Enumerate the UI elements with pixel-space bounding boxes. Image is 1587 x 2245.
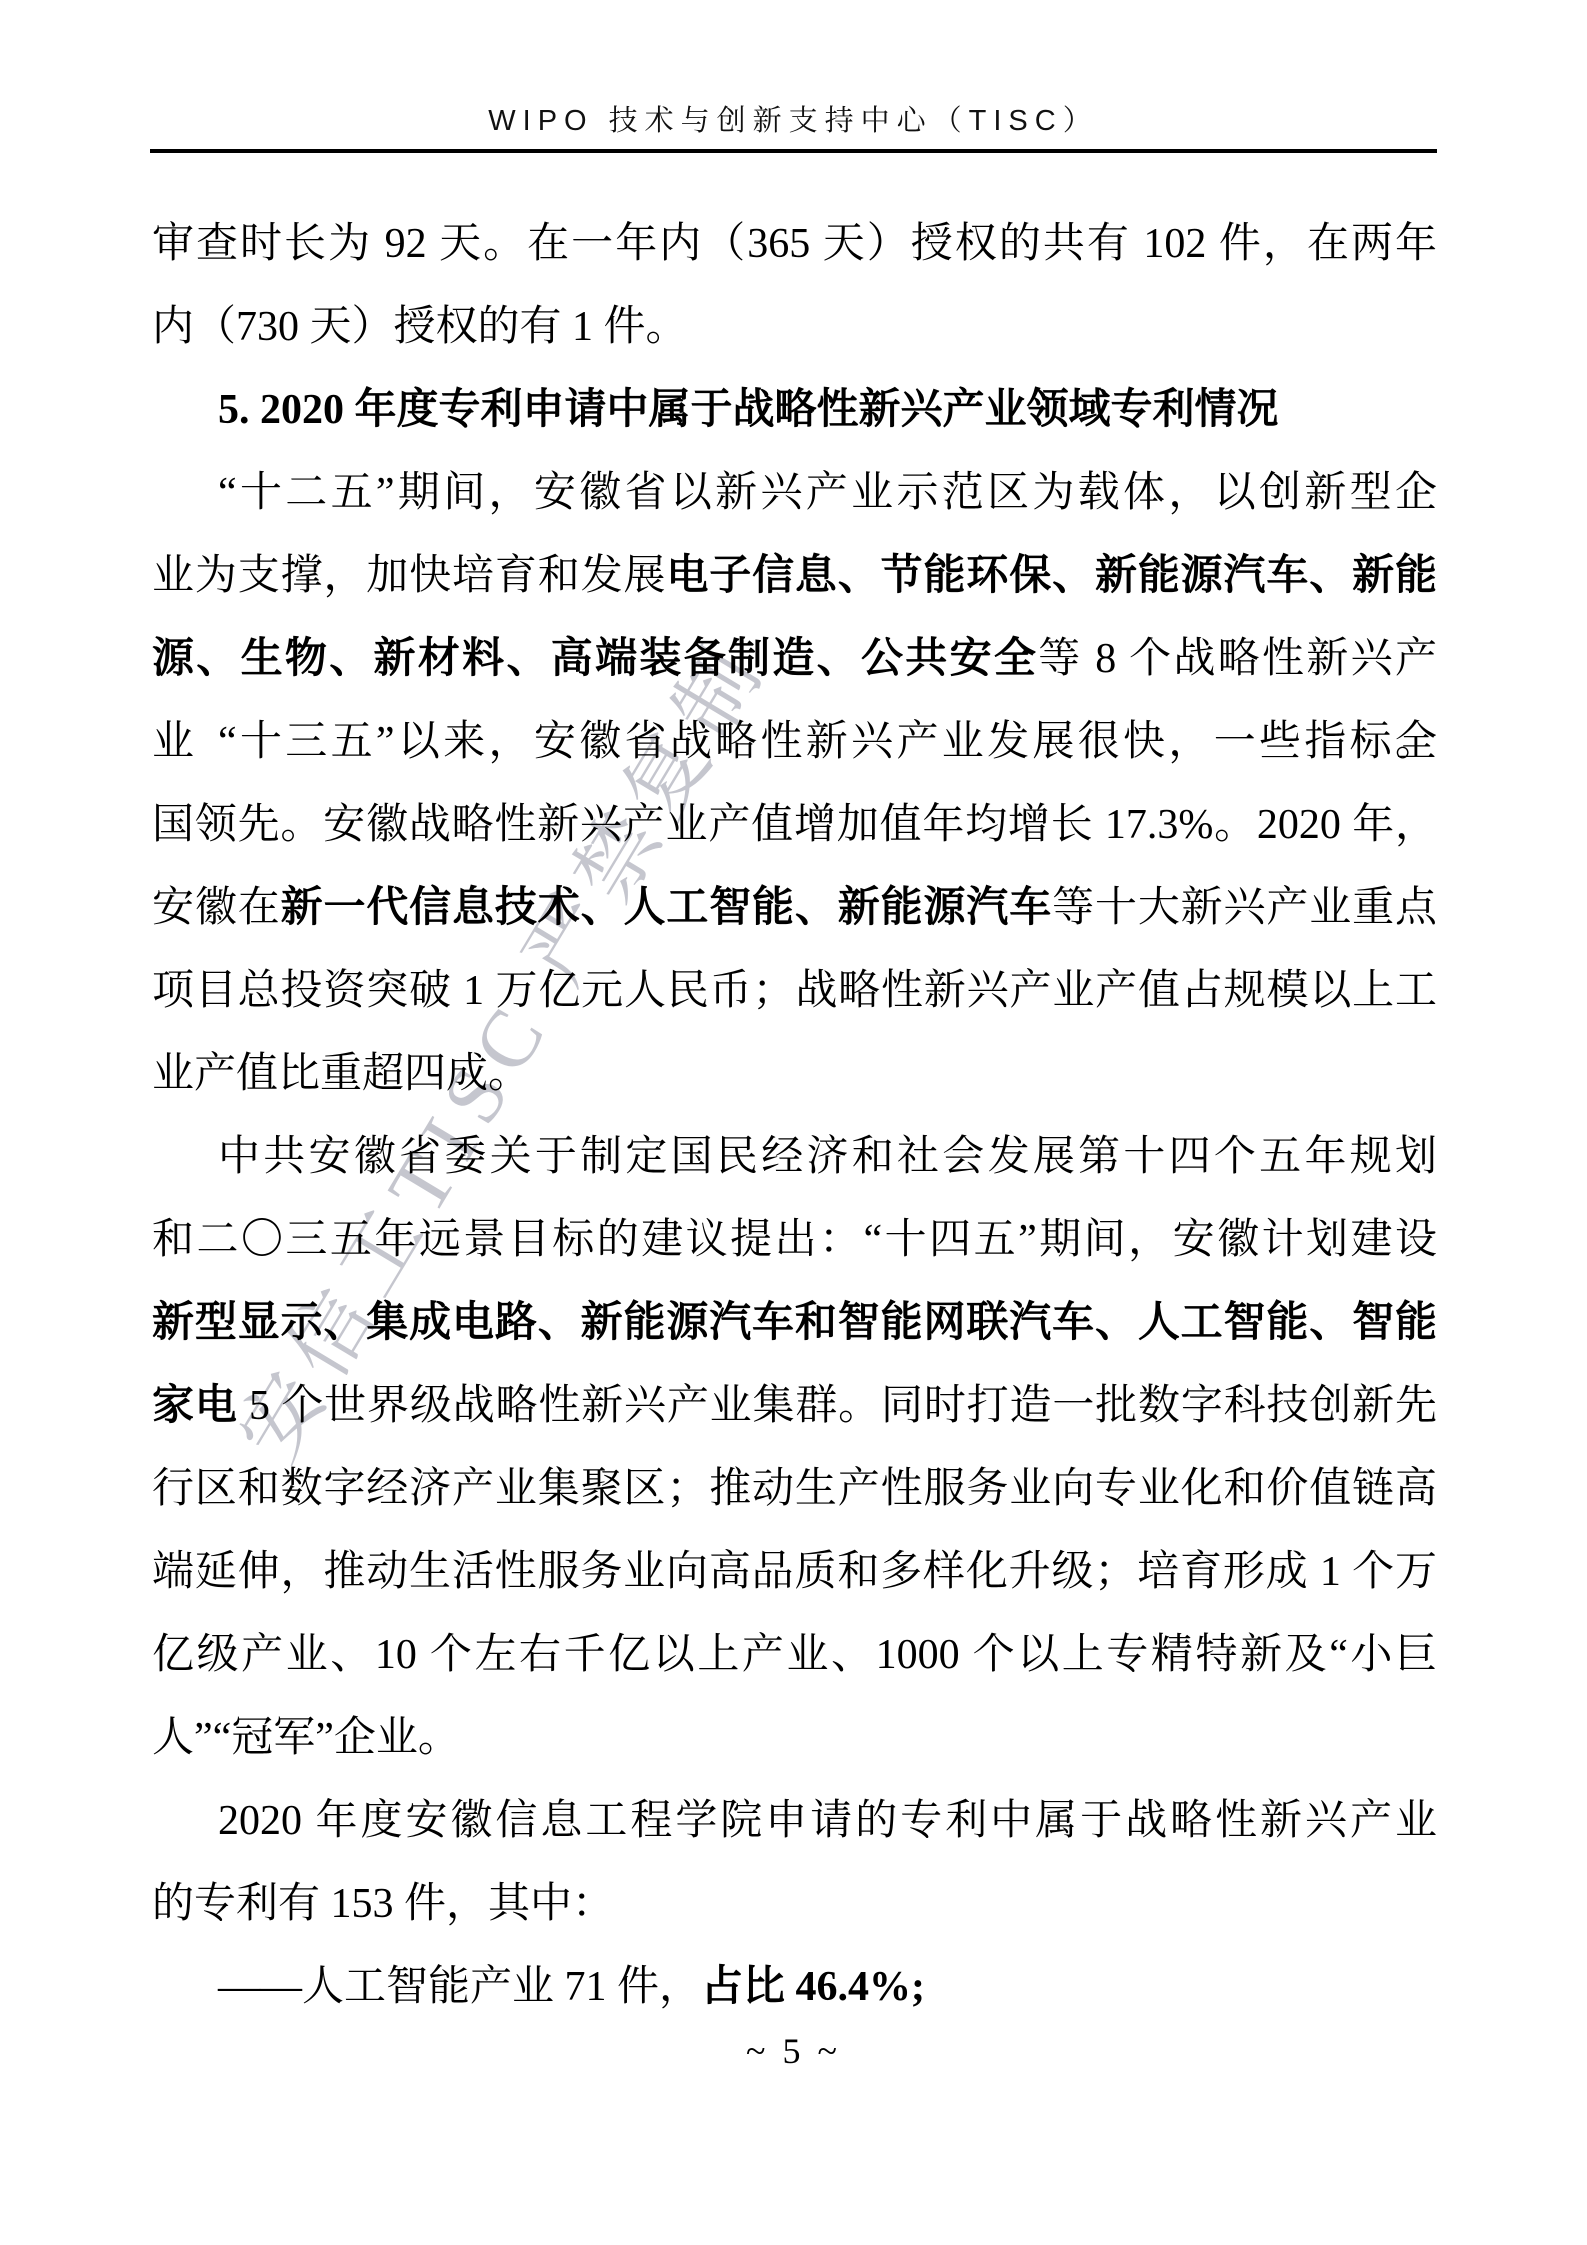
text-segment: 等十大新兴产业重点 [1052, 885, 1437, 931]
text-line: 和二〇三五年远景目标的建议提出：“十四五”期间，安徽计划建设 [152, 1199, 1437, 1282]
text-line: “十二五”期间，安徽省以新兴产业示范区为载体，以创新型企 [152, 452, 1437, 535]
text-line: 审查时长为 92 天。在一年内（365 天）授权的共有 102 件，在两年 [152, 203, 1437, 286]
text-segment: 业为支撑，加快培育和发展 [152, 553, 666, 599]
text-segment: 内（730 天）授权的有 1 件。 [152, 304, 688, 350]
text-segment: 新型显示、集成电路、新能源汽车和智能网联汽车、人工智能、智能 [152, 1300, 1437, 1346]
text-segment: “十三五”以来，安徽省战略性新兴产业发展很快，一些指标全 [218, 719, 1437, 765]
text-line: 中共安徽省委关于制定国民经济和社会发展第十四个五年规划 [152, 1116, 1437, 1199]
text-line: 端延伸，推动生活性服务业向高品质和多样化升级；培育形成 1 个万 [152, 1531, 1437, 1614]
text-segment: 电子信息、节能环保、新能源汽车、新能 [666, 553, 1437, 599]
text-segment: 端延伸，推动生活性服务业向高品质和多样化升级；培育形成 1 个万 [152, 1549, 1437, 1595]
text-segment: 亿级产业、10 个左右千亿以上产业、1000 个以上专精特新及“小巨 [152, 1632, 1437, 1678]
text-line: ——人工智能产业 71 件，占比 46.4%; [152, 1946, 1437, 2029]
text-segment: 的专利有 153 件，其中： [152, 1881, 614, 1927]
text-segment: 占比 46.4%; [701, 1964, 925, 2010]
text-segment: 5. 2020 年度专利申请中属于战略性新兴产业领域专利情况 [218, 387, 1279, 433]
text-line: “十三五”以来，安徽省战略性新兴产业发展很快，一些指标全 [152, 701, 1437, 784]
text-segment: 安徽在 [152, 885, 281, 931]
document-body: 审查时长为 92 天。在一年内（365 天）授权的共有 102 件，在两年内（7… [152, 203, 1437, 2029]
text-segment: 2020 年度安徽信息工程学院申请的专利中属于战略性新兴产业 [218, 1798, 1437, 1844]
page-number: ~ 5 ~ [0, 2030, 1587, 2072]
text-line: 5. 2020 年度专利申请中属于战略性新兴产业领域专利情况 [152, 369, 1437, 452]
text-line: 内（730 天）授权的有 1 件。 [152, 286, 1437, 369]
text-segment: 家电 [152, 1383, 238, 1429]
text-segment: 业产值比重超四成。 [152, 1051, 530, 1097]
text-line: 新型显示、集成电路、新能源汽车和智能网联汽车、人工智能、智能 [152, 1282, 1437, 1365]
text-line: 源、生物、新材料、高端装备制造、公共安全等 8 个战略性新兴产业。 [152, 618, 1437, 701]
document-page: WIPO 技术与创新支持中心（TISC） 安信工TISC 严禁复制 审查时长为 … [0, 0, 1587, 2245]
text-line: 家电 5 个世界级战略性新兴产业集群。同时打造一批数字科技创新先 [152, 1365, 1437, 1448]
text-segment: 国领先。安徽战略性新兴产业产值增加值年均增长 17.3%。2020 年， [152, 802, 1437, 848]
text-line: 的专利有 153 件，其中： [152, 1863, 1437, 1946]
header-divider [150, 149, 1437, 153]
text-line: 亿级产业、10 个左右千亿以上产业、1000 个以上专精特新及“小巨 [152, 1614, 1437, 1697]
text-line: 国领先。安徽战略性新兴产业产值增加值年均增长 17.3%。2020 年， [152, 784, 1437, 867]
text-line: 2020 年度安徽信息工程学院申请的专利中属于战略性新兴产业 [152, 1780, 1437, 1863]
text-line: 安徽在新一代信息技术、人工智能、新能源汽车等十大新兴产业重点 [152, 867, 1437, 950]
text-segment: 审查时长为 92 天。在一年内（365 天）授权的共有 102 件，在两年 [152, 221, 1437, 267]
text-segment: 人”“冠军”企业。 [152, 1715, 460, 1761]
text-segment: 和二〇三五年远景目标的建议提出：“十四五”期间，安徽计划建设 [152, 1217, 1437, 1263]
text-segment: 中共安徽省委关于制定国民经济和社会发展第十四个五年规划 [218, 1134, 1437, 1180]
text-line: 项目总投资突破 1 万亿元人民币；战略性新兴产业产值占规模以上工 [152, 950, 1437, 1033]
text-segment: 源、生物、新材料、高端装备制造、公共安全 [152, 636, 1038, 682]
text-line: 人”“冠军”企业。 [152, 1697, 1437, 1780]
text-line: 行区和数字经济产业集聚区；推动生产性服务业向专业化和价值链高 [152, 1448, 1437, 1531]
text-line: 业产值比重超四成。 [152, 1033, 1437, 1116]
text-segment: “十二五”期间，安徽省以新兴产业示范区为载体，以创新型企 [218, 470, 1437, 516]
page-header-title: WIPO 技术与创新支持中心（TISC） [0, 98, 1587, 139]
text-segment: 新一代信息技术、人工智能、新能源汽车 [281, 885, 1053, 931]
text-segment: ——人工智能产业 71 件， [218, 1964, 701, 2010]
text-line: 业为支撑，加快培育和发展电子信息、节能环保、新能源汽车、新能 [152, 535, 1437, 618]
text-segment: 项目总投资突破 1 万亿元人民币；战略性新兴产业产值占规模以上工 [152, 968, 1437, 1014]
text-segment: 5 个世界级战略性新兴产业集群。同时打造一批数字科技创新先 [238, 1383, 1437, 1429]
text-segment: 行区和数字经济产业集聚区；推动生产性服务业向专业化和价值链高 [152, 1466, 1437, 1512]
